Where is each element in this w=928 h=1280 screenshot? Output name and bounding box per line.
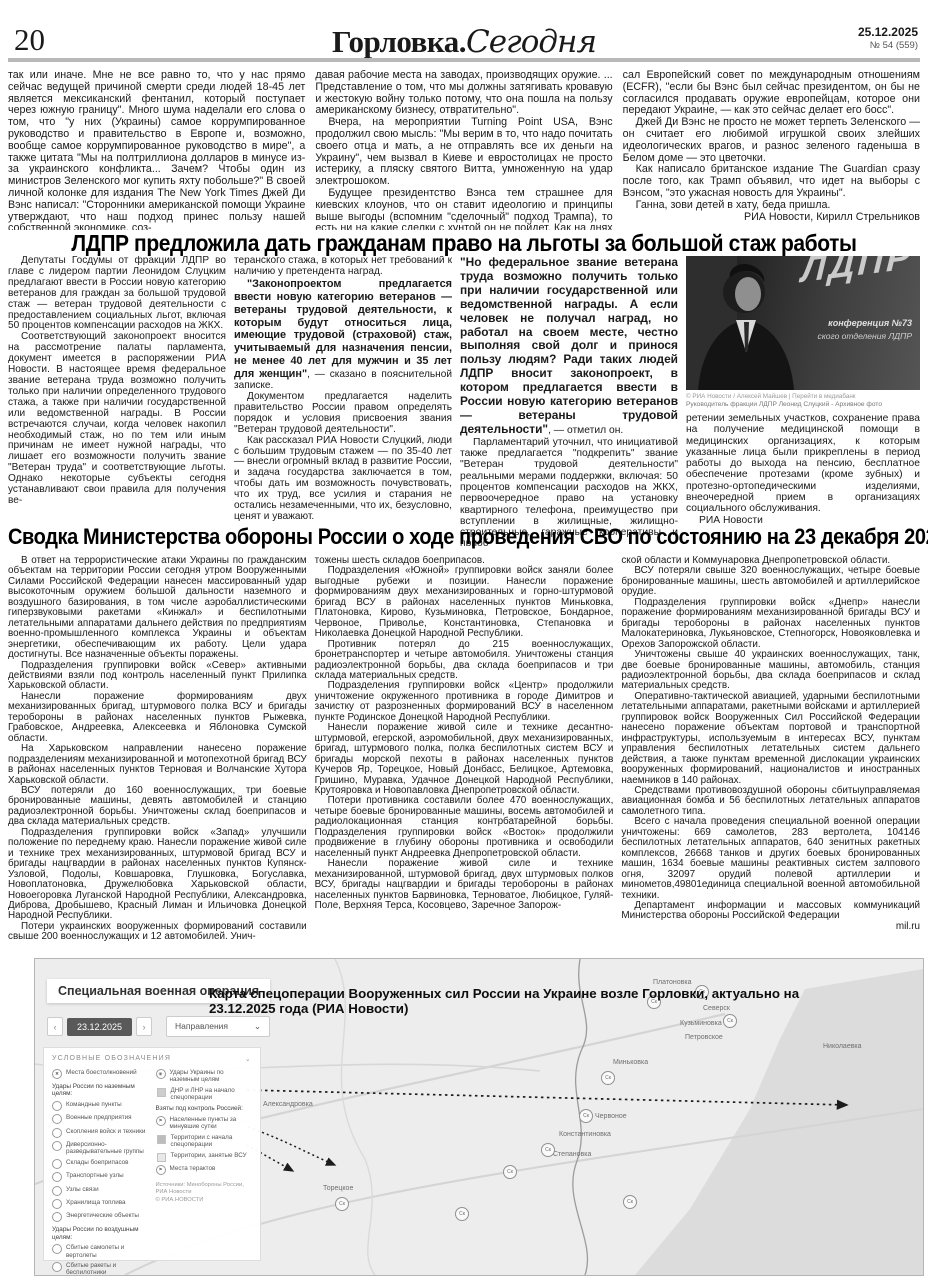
- dnr-lnr-swatch: [157, 1088, 166, 1097]
- article-vance-col1: так или иначе. Мне не все равно то, что …: [8, 70, 305, 230]
- paragraph: Подразделения группировки войск «Днепр» …: [621, 598, 920, 650]
- sabotage-groups-icon: [52, 1141, 62, 1151]
- map-special-operation: Платоновка Северск Кузьминовка Петровско…: [34, 958, 924, 1276]
- paragraph: теранского стажа, в которых нет требован…: [234, 256, 452, 278]
- article-ldpr-col1: Депутаты Госдумы от фракции ЛДПР во глав…: [8, 256, 226, 546]
- paragraph: Средствами противовоздушной обороны сбит…: [621, 786, 920, 817]
- date-prev-button[interactable]: ‹: [47, 1017, 63, 1036]
- paragraph: Противник потерял до 215 военнослужащих,…: [315, 640, 614, 682]
- legend-item-label: Населенные пункты за минувшие сутки: [170, 1116, 253, 1130]
- territory-vsu-swatch: [157, 1153, 166, 1162]
- map-place-label: Николаевка: [823, 1043, 862, 1050]
- legend-item-label: ДНР и ЛНР на начало спецоперации: [171, 1087, 253, 1101]
- masthead-script: Сегодня: [466, 24, 596, 60]
- legend-right-column: ◉Удары Украины по наземным целям ДНР и Л…: [156, 1069, 253, 1276]
- troop-cluster-icon: Ск: [541, 1143, 555, 1157]
- map-place-label: Александровка: [263, 1101, 313, 1108]
- legend-item-label: Хранилища топлива: [66, 1199, 126, 1206]
- paragraph: сал Европейский совет по международным о…: [623, 70, 920, 117]
- directions-dropdown[interactable]: Направления⌄: [166, 1016, 270, 1037]
- article-vance-col2: давая рабочие места на заводах, производ…: [315, 70, 612, 230]
- sources-line: Источники: Минобороны России, РИА Новост…: [156, 1182, 253, 1197]
- paragraph: Как рассказал РИА Новости Слуцкий, люди …: [234, 436, 452, 523]
- date-badge[interactable]: 23.12.2025: [67, 1018, 132, 1036]
- legend-item-label: Транспортные узлы: [66, 1172, 124, 1179]
- issue-number: № 54 (559): [858, 39, 918, 52]
- legend-item-label: Сбитые ракеты и беспилотники: [66, 1262, 149, 1276]
- troop-cluster-icon: Ск: [335, 1197, 349, 1211]
- paragraph: так или иначе. Мне не все равно то, что …: [8, 70, 305, 230]
- photo-banner-line2: ского отделения ЛДПР: [817, 331, 912, 342]
- newspaper-page: 20 Горловка.Сегодня 25.12.2025 № 54 (559…: [0, 0, 928, 1280]
- article-ldpr-col4-text: ретении земельных участков, сохранение п…: [686, 413, 920, 526]
- legend-item-label: Командные пункты: [66, 1101, 122, 1108]
- slutsky-photo: ЛДПР конференция №73 ского отделения ЛДП…: [686, 256, 920, 390]
- article-svo-col2: тожены шесть складов боеприпасов. Подраз…: [315, 556, 614, 954]
- paragraph: Нанесли поражение формированиям двух мех…: [8, 692, 307, 744]
- legend-item-label: Военные предприятия: [66, 1114, 132, 1121]
- map-place-label: Миньковка: [613, 1059, 648, 1066]
- map-place-label: Торецкое: [323, 1185, 353, 1192]
- legend-sources: Источники: Минобороны России, РИА Новост…: [156, 1182, 253, 1205]
- ukraine-strikes-icon: ◉: [156, 1069, 166, 1079]
- article-ldpr-col4: ЛДПР конференция №73 ского отделения ЛДП…: [686, 256, 920, 546]
- energy-facilities-icon: [52, 1212, 62, 1222]
- bold-quote: "Законопроектом предлагается ввести нову…: [234, 278, 452, 380]
- article-vance-col3: сал Европейский совет по международным о…: [623, 70, 920, 230]
- masthead-main: Горловка.: [332, 24, 466, 59]
- paragraph: ретении земельных участков, сохранение п…: [686, 413, 920, 515]
- article-byline: mil.ru: [621, 922, 920, 932]
- troop-cluster-icon: Ск: [579, 1109, 593, 1123]
- transport-hubs-icon: [52, 1172, 62, 1182]
- comms-nodes-icon: [52, 1186, 62, 1196]
- troop-cluster-icon: Ск: [623, 1195, 637, 1209]
- article-ldpr: Депутаты Госдумы от фракции ЛДПР во глав…: [8, 256, 920, 546]
- masthead: Горловка.Сегодня: [0, 24, 928, 60]
- paragraph: Нанесли поражение живой силе и технике м…: [315, 859, 614, 911]
- legend-item-label: Сбитые самолеты и вертолеты: [66, 1244, 149, 1258]
- map-place-label: Петровское: [685, 1034, 723, 1041]
- article-svo-col3: ской области и Коммунаровка Днепропетров…: [621, 556, 920, 954]
- date-next-button[interactable]: ›: [136, 1017, 152, 1036]
- troop-cluster-icon: Ск: [723, 1014, 737, 1028]
- map-date-controls: ‹ 23.12.2025 › Направления⌄: [47, 1016, 270, 1037]
- troop-cluster-icon: Ск: [601, 1071, 615, 1085]
- person-silhouette: [686, 256, 806, 390]
- paragraph: В ответ на террористические атаки Украин…: [8, 556, 307, 661]
- map-legend: УСЛОВНЫЕ ОБОЗНАЧЕНИЯ ⌄ ✖Места боестолкно…: [43, 1047, 261, 1261]
- photo-banner-ldpr-text: ЛДПР: [801, 256, 913, 276]
- paragraph: Уничтожены свыше 40 украинских военнослу…: [621, 650, 920, 692]
- legend-section-label: Удары России по воздушным целям:: [52, 1226, 149, 1240]
- paragraph: Ганна, зови детей в хату, беда пришла.: [623, 200, 920, 212]
- legend-item-label: Удары Украины по наземным целям: [170, 1069, 253, 1083]
- paragraph: На Харьковском направлении нанесено пора…: [8, 744, 307, 786]
- article-svo: В ответ на террористические атаки Украин…: [8, 556, 920, 954]
- paragraph: Соответствующий законопроект вносится на…: [8, 332, 226, 507]
- legend-collapse-chevron-icon[interactable]: ⌄: [245, 1055, 252, 1063]
- photo-banner-line1: конференция №73: [828, 318, 912, 329]
- article-svo-col1: В ответ на террористические атаки Украин…: [8, 556, 307, 954]
- paragraph: давая рабочие места на заводах, производ…: [315, 70, 612, 117]
- chevron-down-icon: ⌄: [254, 1021, 261, 1032]
- legend-title: УСЛОВНЫЕ ОБОЗНАЧЕНИЯ: [52, 1055, 171, 1063]
- paragraph: Вчера, на мероприятии Turning Point USA,…: [315, 117, 612, 188]
- fuel-storage-icon: [52, 1199, 62, 1209]
- article-ldpr-col2: теранского стажа, в которых нет требован…: [234, 256, 452, 546]
- photo-caption: Руководитель фракции ЛДПР Леонид Слуцкий…: [686, 401, 920, 409]
- paragraph: Подразделения группировки войск «Центр» …: [315, 681, 614, 723]
- legend-item-label: Места терактов: [170, 1165, 216, 1172]
- legend-item-label: Узлы связи: [66, 1186, 99, 1193]
- headline-ldpr: ЛДПР предложила дать гражданам право на …: [8, 231, 920, 258]
- legend-item-label: Энергетические объекты: [66, 1212, 139, 1219]
- paragraph: Депутаты Госдумы от фракции ЛДПР во глав…: [8, 256, 226, 332]
- headline-svo: Сводка Министерства обороны России о ход…: [8, 525, 920, 551]
- command-posts-icon: [52, 1101, 62, 1111]
- legend-item-label: Скопления войск и техники: [66, 1128, 145, 1135]
- article-byline: РИА Новости, Кирилл Стрельников: [623, 212, 920, 224]
- article-ldpr-col3: "Но федеральное звание ветерана труда во…: [460, 256, 678, 546]
- issue-dateblock: 25.12.2025 № 54 (559): [858, 26, 918, 52]
- legend-item-label: Диверсионно-разведывательные группы: [66, 1141, 149, 1155]
- quote-paragraph: "Но федеральное звание ветерана труда во…: [460, 256, 678, 437]
- ammo-depots-icon: [52, 1159, 62, 1169]
- legend-item-label: Территории с начала спецоперации: [171, 1134, 253, 1148]
- legend-header-row: УСЛОВНЫЕ ОБОЗНАЧЕНИЯ ⌄: [52, 1055, 252, 1063]
- paragraph: ВСУ потеряли до 160 военнослужащих, три …: [8, 786, 307, 828]
- header-rule: [8, 58, 920, 62]
- paragraph: Подразделения группировки войск «Север» …: [8, 661, 307, 692]
- legend-section-label: Взяты под контроль Россией:: [156, 1105, 253, 1112]
- paragraph: Всего с начала проведения специальной во…: [621, 817, 920, 901]
- legend-left-column: ✖Места боестолкновений Удары России по н…: [52, 1069, 149, 1276]
- paragraph: Подразделения группировки войск «Запад» …: [8, 828, 307, 922]
- terror-sites-icon: ⚑: [156, 1165, 166, 1175]
- legend-item-label: Места боестолкновений: [66, 1069, 137, 1076]
- paragraph: Потери противника составили более 470 во…: [315, 796, 614, 859]
- paragraph: Департамент информации и массовых коммун…: [621, 901, 920, 922]
- troop-cluster-icon: Ск: [503, 1165, 517, 1179]
- paragraph: Будущее президентство Вэнса тем страшнее…: [315, 188, 612, 230]
- paragraph: ВСУ потеряли свыше 320 военнослужащих, ч…: [621, 566, 920, 597]
- quote-tail: , — отметил он.: [548, 425, 623, 436]
- map-place-label: Степановка: [553, 1151, 591, 1158]
- downed-missiles-icon: [52, 1262, 62, 1272]
- legend-item-label: Территории, занятые ВСУ: [171, 1152, 247, 1159]
- legend-item-label: Склады боеприпасов: [66, 1159, 129, 1166]
- photo-credit: © РИА Новости / Алексей Майшев | Перейти…: [686, 393, 920, 401]
- paragraph: Оперативно-тактической авиацией, ударным…: [621, 692, 920, 786]
- bold-quote: "Но федеральное звание ветерана труда во…: [460, 256, 678, 436]
- troop-cluster-icon: Ск: [455, 1207, 469, 1221]
- territory-since-start-swatch: [157, 1135, 166, 1144]
- directions-label: Направления: [175, 1021, 228, 1032]
- advance-arrow-south: [248, 1127, 335, 1165]
- article-vance: так или иначе. Мне не все равно то, что …: [8, 70, 920, 230]
- map-place-label: Червоное: [595, 1113, 627, 1120]
- map-place-label: Кузьминовка: [680, 1020, 722, 1027]
- battle-icon: ✖: [52, 1069, 62, 1079]
- paragraph: Нанесли поражение живой силе и технике д…: [315, 723, 614, 796]
- map-title: Карта спецоперации Вооруженных сил Росси…: [209, 986, 859, 1016]
- paragraph: Подразделения «Южной» группировки войск …: [315, 566, 614, 639]
- quote-paragraph: "Законопроектом предлагается ввести нову…: [234, 278, 452, 392]
- legend-section-label: Удары России по наземным целям:: [52, 1083, 149, 1097]
- downed-aircraft-icon: [52, 1244, 62, 1254]
- paragraph: Как написало британское издание The Guar…: [623, 164, 920, 199]
- map-place-label: Платоновка: [653, 979, 691, 986]
- map-place-label: Константиновка: [559, 1131, 611, 1138]
- issue-date: 25.12.2025: [858, 26, 918, 39]
- paragraph: Потери украинских вооруженных формирован…: [8, 922, 307, 943]
- paragraph: Документом предлагается наделить правите…: [234, 392, 452, 436]
- captured-settlement-icon: ⚑: [156, 1116, 166, 1126]
- copyright-line: © РИА.НОВОСТИ: [156, 1197, 253, 1205]
- paragraph: Джей Ди Вэнс не просто не может терпеть …: [623, 117, 920, 164]
- troop-concentration-icon: [52, 1128, 62, 1138]
- military-factories-icon: [52, 1114, 62, 1124]
